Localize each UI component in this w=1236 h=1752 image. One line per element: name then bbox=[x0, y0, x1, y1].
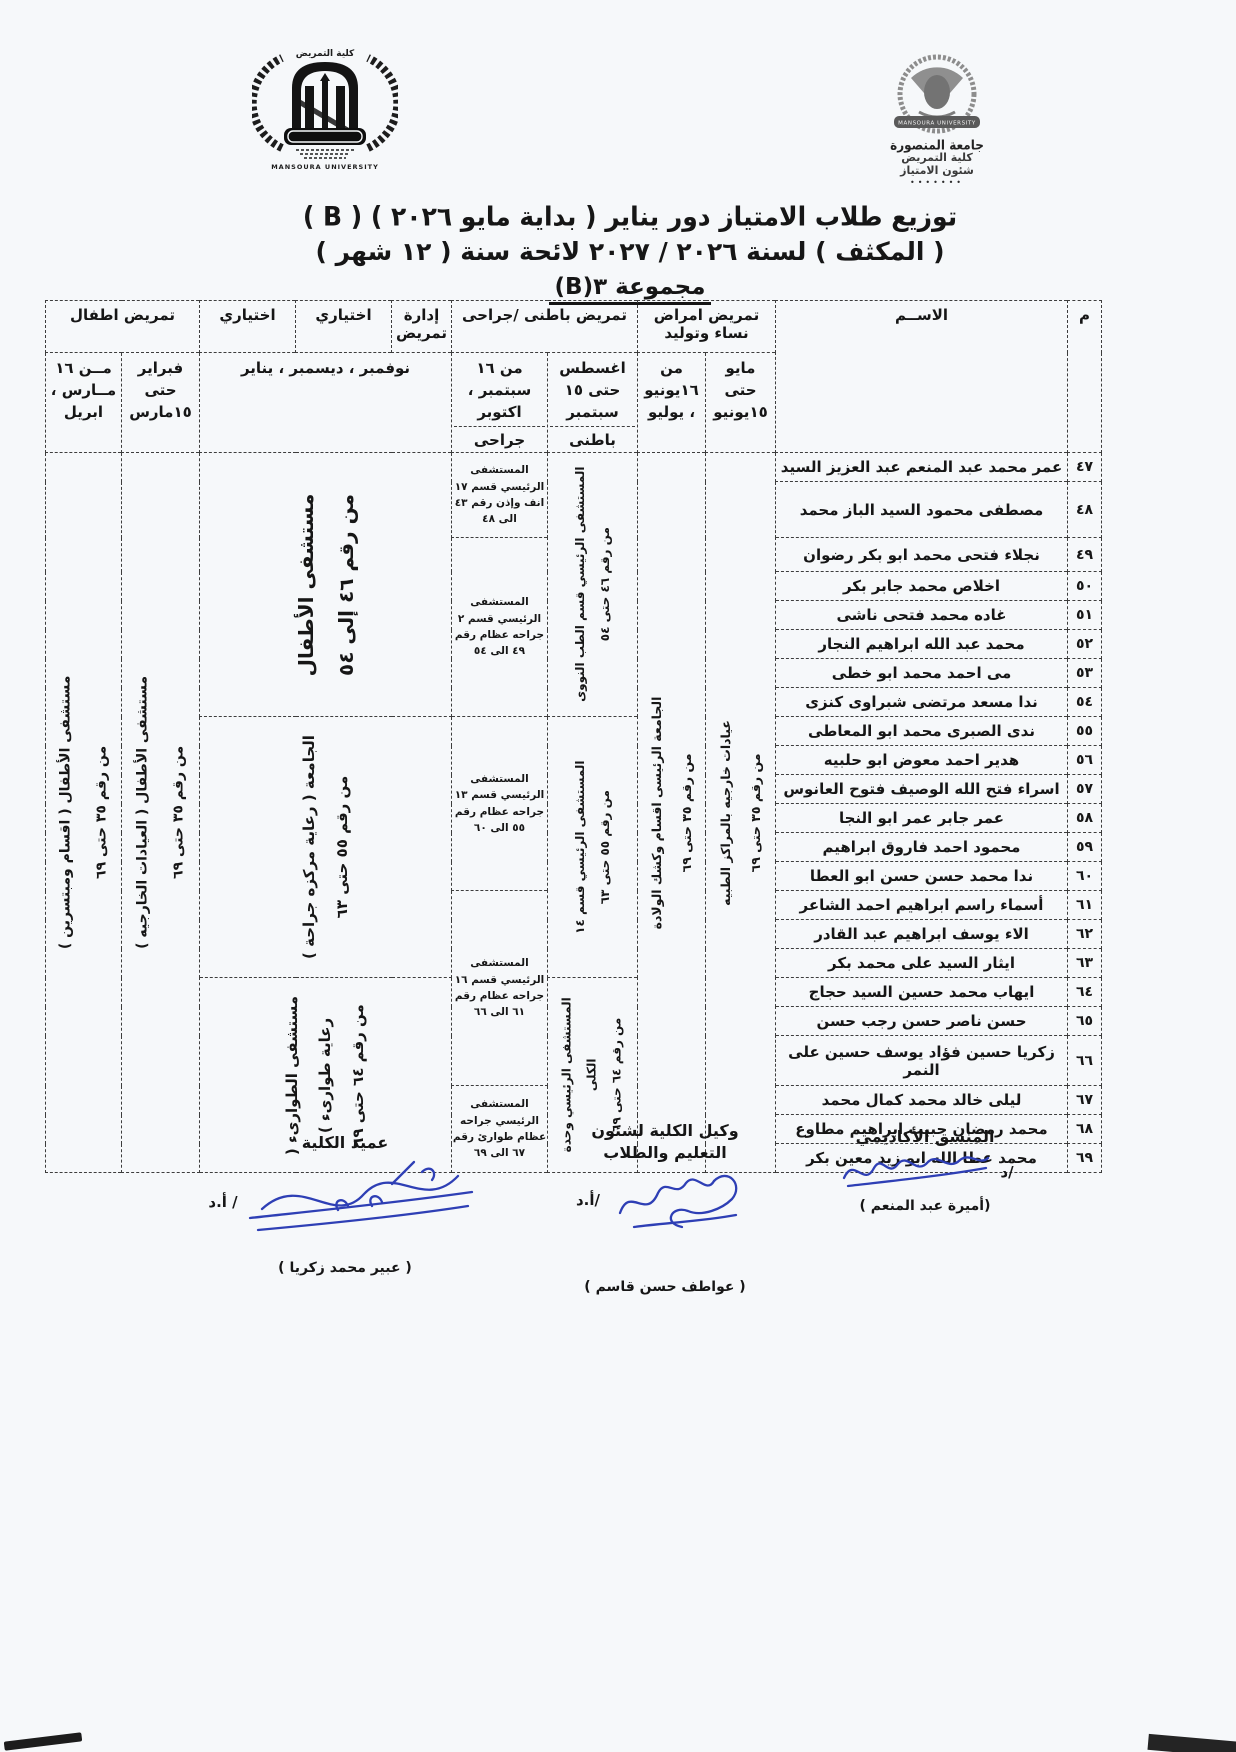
signature-name: ( عبير محمد زكريا ) bbox=[195, 1260, 495, 1276]
table-row: ٦٤ ايهاب محمد حسين السيد حجاج المستشفى ا… bbox=[46, 978, 1102, 1007]
signature-vice-dean: وكيل الكلية لشئون التعليم والطلاب أ.د/ (… bbox=[540, 1120, 790, 1295]
subcol-surgical: من ١٦ سبتمبر ، اكتوبر جراحى bbox=[452, 353, 548, 453]
signature-title: وكيل الكلية لشئون التعليم والطلاب bbox=[540, 1120, 790, 1163]
student-name: أسماء راسم ابراهيم احمد الشاعر bbox=[776, 891, 1068, 920]
student-serial: ٤٧ bbox=[1068, 453, 1102, 482]
student-serial: ٥٩ bbox=[1068, 833, 1102, 862]
student-serial: ٦٢ bbox=[1068, 920, 1102, 949]
admin-rotation-cell: مستشفى الأطفال من رقم ٤٦ إلى ٥٤ bbox=[200, 453, 452, 717]
col-obgyn-nursing: تمريض امراض نساء وتوليد bbox=[638, 301, 776, 353]
subcol-medical-dates: اغسطس حتى ١٥ سبتمبر bbox=[550, 358, 635, 423]
medical-rotation-cell: المستشفى الرئيسي قسم الطب النووى من رقم … bbox=[548, 453, 638, 717]
signature-prefix: أ.د/ bbox=[576, 1191, 600, 1209]
student-serial: ٦١ bbox=[1068, 891, 1102, 920]
col-elective-1: اختياري bbox=[296, 301, 392, 353]
student-serial: ٤٩ bbox=[1068, 538, 1102, 572]
gyn-main-hospital-rotation-cell: الجامعة الرئيسى اقسام وكشك الولادة من رق… bbox=[638, 453, 706, 1173]
table-row: ٥٥ ندى الصبرى محمد ابو المعاطى المستشفى … bbox=[46, 717, 1102, 746]
col-name: الاســم bbox=[776, 301, 1068, 453]
signature-title: المنسق الأكاديمي bbox=[790, 1126, 1060, 1148]
student-serial: ٥٠ bbox=[1068, 572, 1102, 601]
student-serial: ٦٦ bbox=[1068, 1036, 1102, 1086]
student-name: ايهاب محمد حسين السيد حجاج bbox=[776, 978, 1068, 1007]
peds-wards-rotation-cell: مستشفى الأطفال ( اقسام ومبتسرين ) من رقم… bbox=[46, 453, 122, 1173]
student-name: محمود احمد فاروق ابراهيم bbox=[776, 833, 1068, 862]
student-name: الاء يوسف ابراهيم عبد القادر bbox=[776, 920, 1068, 949]
subcol-medical: اغسطس حتى ١٥ سبتمبر باطنى bbox=[548, 353, 638, 453]
subcol-gyn-may: مايو حتى ١٥يونيو bbox=[706, 353, 776, 453]
student-serial: ٦٠ bbox=[1068, 862, 1102, 891]
col-medical-surgical-nursing: تمريض باطنى /جراحى bbox=[452, 301, 638, 353]
student-name: زكريا حسين فؤاد يوسف حسين على النمر bbox=[776, 1036, 1068, 1086]
surgical-rotation-cell: المستشفى الرئيسي قسم ٢ جراحه عظام رقم ٤٩… bbox=[452, 538, 548, 717]
internship-office-text: شئون الامتياز bbox=[872, 165, 1002, 178]
student-serial: ٤٨ bbox=[1068, 482, 1102, 538]
logo-dots: ••••••• bbox=[872, 178, 1002, 187]
signature-title: عميد الكلية bbox=[195, 1132, 495, 1154]
student-serial: ٥٣ bbox=[1068, 659, 1102, 688]
student-serial: ٥٥ bbox=[1068, 717, 1102, 746]
student-serial: ٥٦ bbox=[1068, 746, 1102, 775]
subcol-gyn-june: من ١٦يونيو ، يوليو bbox=[638, 353, 706, 453]
student-serial: ٦٨ bbox=[1068, 1115, 1102, 1144]
student-serial: ٥٤ bbox=[1068, 688, 1102, 717]
student-name: هدير احمد معوض ابو حلبيه bbox=[776, 746, 1068, 775]
student-name: اسراء فتح الله الوصيف فتوح العانوس bbox=[776, 775, 1068, 804]
student-name: ندا محمد حسن حسن ابو العطا bbox=[776, 862, 1068, 891]
student-name: نجلاء فتحى محمد ابو بكر رضوان bbox=[776, 538, 1068, 572]
surgical-rotation-cell: المستشفى الرئيسي قسم ١٦ جراحه عظام رقم ٦… bbox=[452, 891, 548, 1086]
university-name-text: جامعة المنصورة bbox=[872, 137, 1002, 152]
university-logo: MANSOURA UNIVERSITY جامعة المنصورة كلية … bbox=[872, 52, 1002, 212]
faculty-name-text: كلية التمريض bbox=[872, 152, 1002, 165]
student-serial: ٦٤ bbox=[1068, 978, 1102, 1007]
scanned-document-page: كلية التمريض MANSOURA UNIVERSITY MANSOUR… bbox=[0, 0, 1236, 1752]
signature-name: (أميرة عبد المنعم ) bbox=[790, 1198, 1060, 1214]
student-name: ندا مسعد مرتضى شبراوى كنزى bbox=[776, 688, 1068, 717]
student-name: مى احمد محمد ابو خطى bbox=[776, 659, 1068, 688]
medical-rotation-cell: المستشفى الرئيسي قسم ١٤ من رقم ٥٥ حتى ٦٣ bbox=[548, 717, 638, 978]
student-serial: ٥٨ bbox=[1068, 804, 1102, 833]
scan-artifact-bottom-right bbox=[1147, 1734, 1236, 1752]
student-serial: ٥٧ bbox=[1068, 775, 1102, 804]
signature-prefix: أ.د / bbox=[208, 1193, 237, 1211]
col-pediatric-nursing: تمريض اطفال bbox=[46, 301, 200, 353]
svg-text:كلية التمريض: كلية التمريض bbox=[296, 49, 355, 59]
student-serial: ٦٥ bbox=[1068, 1007, 1102, 1036]
student-serial: ٦٧ bbox=[1068, 1086, 1102, 1115]
signature-scribble-icon bbox=[836, 1148, 996, 1196]
student-name: ايثار السيد على محمد بكر bbox=[776, 949, 1068, 978]
admin-rotation-cell: الجامعة ( رعاية مركزه جراحة ) من رقم ٥٥ … bbox=[200, 717, 452, 978]
subcol-peds-february: فبراير حتى ١٥مارس bbox=[122, 353, 200, 453]
student-name: حسن ناصر حسن رجب حسن bbox=[776, 1007, 1068, 1036]
student-name: محمد عبد الله ابراهيم النجار bbox=[776, 630, 1068, 659]
subcol-admin-dates: نوفمبر ، ديسمبر ، يناير bbox=[200, 353, 452, 453]
student-name: ليلى خالد محمد كمال محمد bbox=[776, 1086, 1068, 1115]
student-serial: ٥١ bbox=[1068, 601, 1102, 630]
faculty-logo: كلية التمريض MANSOURA UNIVERSITY bbox=[252, 40, 398, 172]
student-name: غاده محمد فتحى ناشى bbox=[776, 601, 1068, 630]
student-serial: ٦٣ bbox=[1068, 949, 1102, 978]
signature-dean: عميد الكلية أ.د / ( عبير محمد زكريا ) bbox=[195, 1132, 495, 1276]
signature-scribble-icon bbox=[242, 1154, 482, 1250]
internship-roster-table: م الاســم تمريض امراض نساء وتوليد تمريض … bbox=[45, 300, 1102, 1173]
student-serial: ٥٢ bbox=[1068, 630, 1102, 659]
surgical-rotation-cell: المستشفى الرئيسي قسم ١٧ انف وإذن رقم ٤٣ … bbox=[452, 453, 548, 538]
document-title-block: توزيع طلاب الامتياز دور يناير ( بداية ما… bbox=[250, 202, 1010, 305]
scan-artifact-bottom-left bbox=[4, 1732, 83, 1750]
signature-academic-coordinator: المنسق الأكاديمي د/ (أميرة عبد المنعم ) bbox=[790, 1126, 1060, 1214]
header-row-departments: م الاســم تمريض امراض نساء وتوليد تمريض … bbox=[46, 301, 1102, 353]
title-line-1: توزيع طلاب الامتياز دور يناير ( بداية ما… bbox=[250, 201, 1010, 231]
col-elective-2: اختياري bbox=[200, 301, 296, 353]
faculty-logo-ribbon: MANSOURA UNIVERSITY bbox=[271, 163, 379, 171]
table-row: ٤٧ عمر محمد عبد المنعم عبد العزيز السيد … bbox=[46, 453, 1102, 482]
title-line-2: ( المكثف ) لسنة ٢٠٢٦ / ٢٠٢٧ لائحة سنة ( … bbox=[250, 237, 1010, 266]
col-serial: م bbox=[1068, 301, 1102, 453]
subcol-medical-label: باطنى bbox=[550, 426, 635, 452]
peds-clinics-rotation-cell: مستشفى الأطفال ( العيادات الخارجيه ) من … bbox=[122, 453, 200, 1173]
university-seal-icon: MANSOURA UNIVERSITY bbox=[877, 52, 997, 140]
signature-name: ( عواطف حسن قاسم ) bbox=[540, 1279, 790, 1295]
university-logo-ribbon: MANSOURA UNIVERSITY bbox=[898, 121, 976, 127]
student-name: ندى الصبرى محمد ابو المعاطى bbox=[776, 717, 1068, 746]
subcol-peds-march: مــن ١٦ مــارس ، ابريل bbox=[46, 353, 122, 453]
gyn-clinics-rotation-cell: عيادات خارجيه بالمراكز الطبيه من رقم ٣٥ … bbox=[706, 453, 776, 1173]
signature-prefix: د/ bbox=[1000, 1163, 1013, 1181]
faculty-seal-icon: كلية التمريض MANSOURA UNIVERSITY bbox=[252, 40, 398, 172]
signature-scribble-icon bbox=[604, 1163, 754, 1237]
student-serial: ٦٩ bbox=[1068, 1144, 1102, 1173]
surgical-rotation-cell: المستشفى الرئيسي قسم ١٣ جراحه عظام رقم ٥… bbox=[452, 717, 548, 891]
student-name: اخلاص محمد جابر بكر bbox=[776, 572, 1068, 601]
student-name: عمر جابر عمر ابو النجا bbox=[776, 804, 1068, 833]
student-name: عمر محمد عبد المنعم عبد العزيز السيد bbox=[776, 453, 1068, 482]
col-nursing-administration: إدارة تمريض bbox=[392, 301, 452, 353]
student-name: مصطفى محمود السيد الباز محمد bbox=[776, 482, 1068, 538]
subcol-surgical-label: جراحى bbox=[454, 426, 545, 452]
subcol-surgical-dates: من ١٦ سبتمبر ، اكتوبر bbox=[454, 358, 545, 423]
